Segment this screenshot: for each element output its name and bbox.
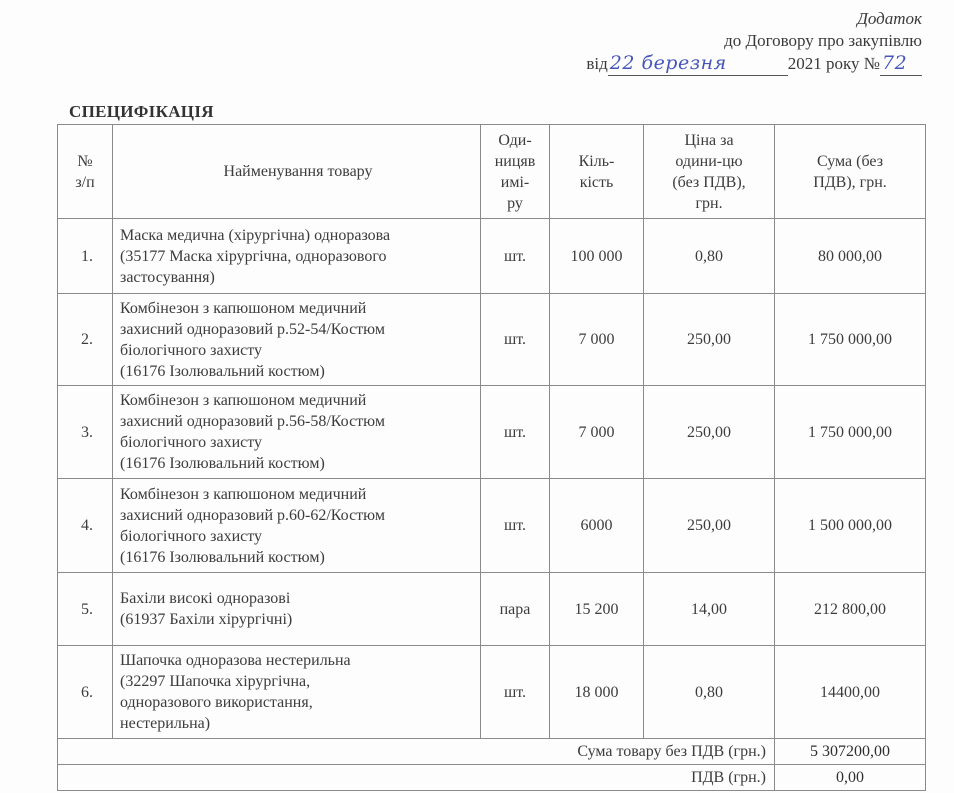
unit: шт.: [481, 479, 550, 573]
quantity: 18 000: [550, 646, 644, 739]
row-number: 2.: [58, 294, 113, 386]
quantity: 100 000: [550, 219, 644, 294]
unit-price: 250,00: [644, 386, 775, 479]
column-header-unit-price: Ціна заодини-цю(без ПДВ),грн.: [644, 125, 775, 219]
line-sum: 80 000,00: [775, 219, 926, 294]
product-name: Комбінезон з капюшоном медичнийзахисний …: [113, 479, 481, 573]
quantity: 15 200: [550, 573, 644, 646]
row-number: 5.: [58, 573, 113, 646]
row-number: 4.: [58, 479, 113, 573]
quantity: 7 000: [550, 386, 644, 479]
column-header-unit: Оди-ницявимі-ру: [481, 125, 550, 219]
table-row: 2. Комбінезон з капюшоном медичнийзахисн…: [58, 294, 926, 386]
column-header-name: Найменування товару: [113, 125, 481, 219]
date-field: 22 березня: [608, 52, 788, 76]
unit: шт.: [481, 386, 550, 479]
line-sum: 1 750 000,00: [775, 294, 926, 386]
line-sum: 1 750 000,00: [775, 386, 926, 479]
line-sum: 212 800,00: [775, 573, 926, 646]
product-name: Комбінезон з капюшоном медичнийзахисний …: [113, 386, 481, 479]
table-header-row: №з/п Найменування товару Оди-ницявимі-ру…: [58, 125, 926, 219]
quantity: 7 000: [550, 294, 644, 386]
product-name: Бахіли високі одноразові(61937 Бахіли хі…: [113, 573, 481, 646]
table-row: 1. Маска медична (хірургічна) одноразова…: [58, 219, 926, 294]
line-sum: 1 500 000,00: [775, 479, 926, 573]
handwritten-number: 72: [882, 52, 907, 74]
product-name: Маска медична (хірургічна) одноразова(35…: [113, 219, 481, 294]
unit-price: 250,00: [644, 294, 775, 386]
column-header-sum: Сума (безПДВ), грн.: [775, 125, 926, 219]
specification-table: №з/п Найменування товару Оди-ницявимі-ру…: [57, 124, 926, 791]
line-sum: 14400,00: [775, 646, 926, 739]
specification-title: СПЕЦИФІКАЦІЯ: [69, 102, 214, 122]
unit-price: 250,00: [644, 479, 775, 573]
unit-price: 0,80: [644, 646, 775, 739]
total-without-vat-row: Сума товару без ПДВ (грн.) 5 307200,00: [58, 739, 926, 765]
column-header-number: №з/п: [58, 125, 113, 219]
vat-row: ПДВ (грн.) 0,00: [58, 765, 926, 791]
contract-date-line: від22 березня2021 року №72: [586, 52, 922, 76]
annex-title: Додаток: [586, 8, 922, 30]
row-number: 1.: [58, 219, 113, 294]
contract-reference: до Договору про закупівлю: [586, 30, 922, 52]
vat-label: ПДВ (грн.): [58, 765, 775, 791]
product-name: Комбінезон з капюшоном медичнийзахисний …: [113, 294, 481, 386]
unit: шт.: [481, 294, 550, 386]
year-text: 2021 року №: [788, 54, 880, 73]
table-row: 5. Бахіли високі одноразові(61937 Бахіли…: [58, 573, 926, 646]
annex-header: Додаток до Договору про закупівлю від22 …: [586, 8, 922, 76]
unit: шт.: [481, 646, 550, 739]
total-without-vat-value: 5 307200,00: [775, 739, 926, 765]
row-number: 3.: [58, 386, 113, 479]
column-header-quantity: Кіль-кість: [550, 125, 644, 219]
unit-price: 0,80: [644, 219, 775, 294]
handwritten-date: 22 березня: [610, 52, 727, 74]
date-prefix: від: [586, 54, 607, 73]
unit: пара: [481, 573, 550, 646]
table-row: 4. Комбінезон з капюшоном медичнийзахисн…: [58, 479, 926, 573]
vat-value: 0,00: [775, 765, 926, 791]
total-without-vat-label: Сума товару без ПДВ (грн.): [58, 739, 775, 765]
contract-number-field: 72: [880, 52, 922, 76]
quantity: 6000: [550, 479, 644, 573]
unit: шт.: [481, 219, 550, 294]
row-number: 6.: [58, 646, 113, 739]
table-row: 6. Шапочка одноразова нестерильна(32297 …: [58, 646, 926, 739]
unit-price: 14,00: [644, 573, 775, 646]
product-name: Шапочка одноразова нестерильна(32297 Шап…: [113, 646, 481, 739]
table-row: 3. Комбінезон з капюшоном медичнийзахисн…: [58, 386, 926, 479]
